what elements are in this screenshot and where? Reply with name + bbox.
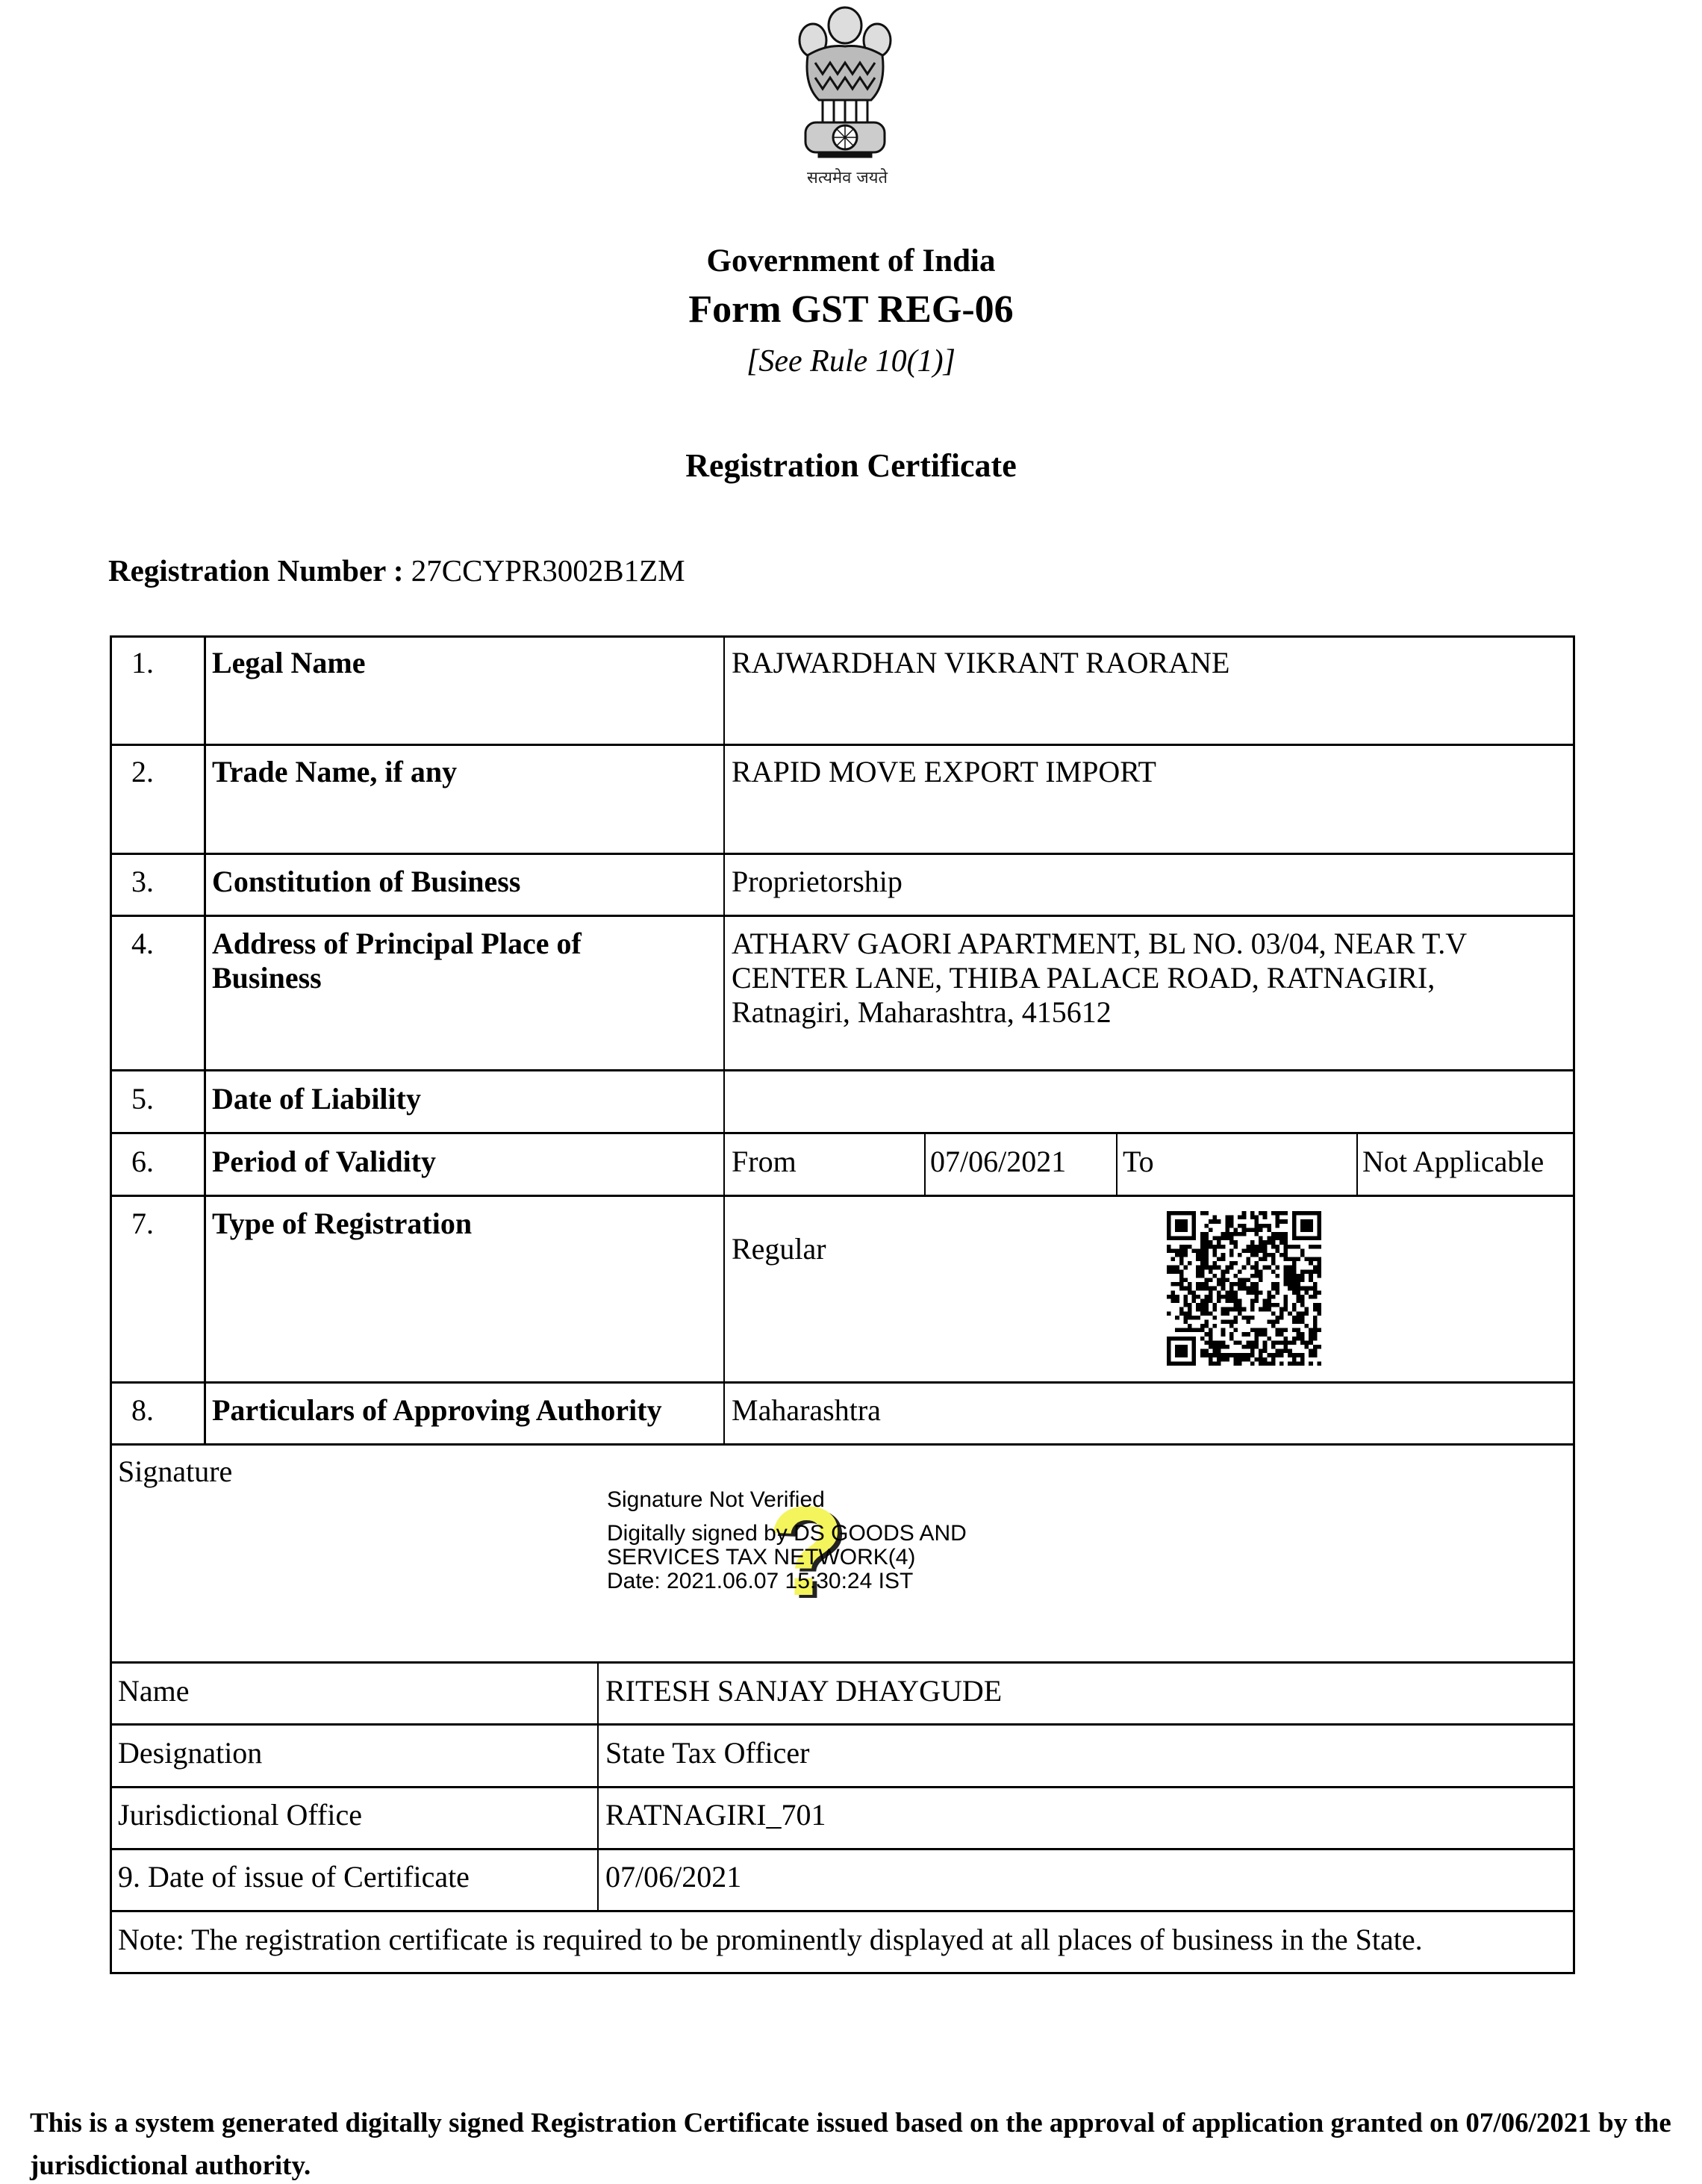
- row-number: 6.: [131, 1145, 154, 1179]
- registration-number-line: Registration Number : 27CCYPR3002B1ZM: [108, 551, 685, 590]
- table-border: [1573, 635, 1575, 1974]
- table-border: [110, 635, 112, 1974]
- row-divider: [110, 1381, 1575, 1384]
- address-line: ATHARV GAORI APARTMENT, BL NO. 03/04, NE…: [732, 927, 1467, 961]
- designation-value: State Tax Officer: [605, 1736, 809, 1770]
- certificate-title: Registration Certificate: [0, 445, 1702, 487]
- validity-to-value: Not Applicable: [1362, 1145, 1544, 1179]
- designation-label: Designation: [118, 1736, 262, 1770]
- system-generated-disclaimer: This is a system generated digitally sig…: [30, 2102, 1672, 2184]
- row-number: 8.: [131, 1393, 154, 1428]
- validity-from-label: From: [732, 1145, 797, 1179]
- approving-authority-value: Maharashtra: [732, 1393, 881, 1428]
- address-line: Ratnagiri, Maharashtra, 415612: [732, 995, 1467, 1030]
- signed-by-line: SERVICES TAX NETWORK(4): [607, 1546, 967, 1569]
- column-divider: [204, 635, 206, 1444]
- row-number: 1.: [131, 646, 154, 680]
- row-number: 2.: [131, 755, 154, 789]
- type-of-registration-label: Type of Registration: [212, 1207, 472, 1241]
- trade-name-value: RAPID MOVE EXPORT IMPORT: [732, 755, 1156, 789]
- column-divider: [924, 1132, 926, 1195]
- column-divider: [1116, 1132, 1117, 1195]
- registration-number-value: 27CCYPR3002B1ZM: [411, 553, 685, 588]
- row-divider: [110, 1069, 1575, 1071]
- address-value: ATHARV GAORI APARTMENT, BL NO. 03/04, NE…: [732, 927, 1467, 1030]
- jurisdictional-office-label: Jurisdictional Office: [118, 1798, 362, 1832]
- row-divider: [110, 1132, 1575, 1134]
- row-divider: [110, 915, 1575, 917]
- display-note: Note: The registration certificate is re…: [118, 1923, 1423, 1957]
- national-emblem-icon: [789, 3, 901, 160]
- signature-label: Signature: [118, 1455, 232, 1489]
- officer-name-value: RITESH SANJAY DHAYGUDE: [605, 1674, 1002, 1708]
- constitution-value: Proprietorship: [732, 865, 903, 899]
- validity-to-label: To: [1123, 1145, 1154, 1179]
- date-of-issue-value: 07/06/2021: [605, 1860, 741, 1894]
- row-divider: [110, 1786, 1575, 1788]
- row-divider: [110, 1443, 1575, 1446]
- signed-by-line: Digitally signed by DS GOODS AND: [607, 1522, 967, 1546]
- validity-from-date: 07/06/2021: [930, 1145, 1066, 1179]
- column-divider: [597, 1661, 599, 1911]
- row-divider: [110, 1723, 1575, 1726]
- row-divider: [110, 853, 1575, 855]
- row-divider: [110, 1848, 1575, 1850]
- row-divider: [110, 1910, 1575, 1912]
- date-of-issue-label: 9. Date of issue of Certificate: [118, 1860, 470, 1894]
- government-heading: Government of India: [0, 240, 1702, 282]
- signature-date: Date: 2021.06.07 15:30:24 IST: [607, 1569, 967, 1593]
- jurisdictional-office-value: RATNAGIRI_701: [605, 1798, 826, 1832]
- row-divider: [110, 1661, 1575, 1664]
- address-line: CENTER LANE, THIBA PALACE ROAD, RATNAGIR…: [732, 961, 1467, 995]
- row-number: 3.: [131, 865, 154, 899]
- trade-name-label: Trade Name, if any: [212, 755, 457, 789]
- column-divider: [723, 635, 725, 1444]
- qr-code-icon: [1167, 1211, 1321, 1366]
- row-number: 7.: [131, 1207, 154, 1241]
- registration-number-label: Registration Number :: [108, 553, 404, 588]
- row-divider: [110, 1972, 1575, 1974]
- form-title: Form GST REG-06: [0, 286, 1702, 334]
- address-label: Address of Principal Place of Business: [212, 927, 645, 995]
- legal-name-value: RAJWARDHAN VIKRANT RAORANE: [732, 646, 1229, 680]
- row-number: 4.: [131, 927, 154, 961]
- legal-name-label: Legal Name: [212, 646, 366, 680]
- period-of-validity-label: Period of Validity: [212, 1145, 436, 1179]
- type-of-registration-value: Regular: [732, 1232, 826, 1266]
- column-divider: [1356, 1132, 1358, 1195]
- row-number: 5.: [131, 1082, 154, 1116]
- row-divider: [110, 1195, 1575, 1197]
- constitution-label: Constitution of Business: [212, 865, 520, 899]
- row-divider: [110, 744, 1575, 746]
- officer-name-label: Name: [118, 1674, 190, 1708]
- date-of-liability-label: Date of Liability: [212, 1082, 421, 1116]
- row-divider: [110, 635, 1575, 638]
- rule-reference: [See Rule 10(1)]: [0, 342, 1702, 381]
- signature-status: Signature Not Verified: [607, 1488, 967, 1512]
- approving-authority-label: Particulars of Approving Authority: [212, 1393, 662, 1428]
- emblem-motto: सत्यमेव जयते: [776, 166, 918, 188]
- digital-signature-block[interactable]: Signature Not Verified Digitally signed …: [607, 1488, 967, 1593]
